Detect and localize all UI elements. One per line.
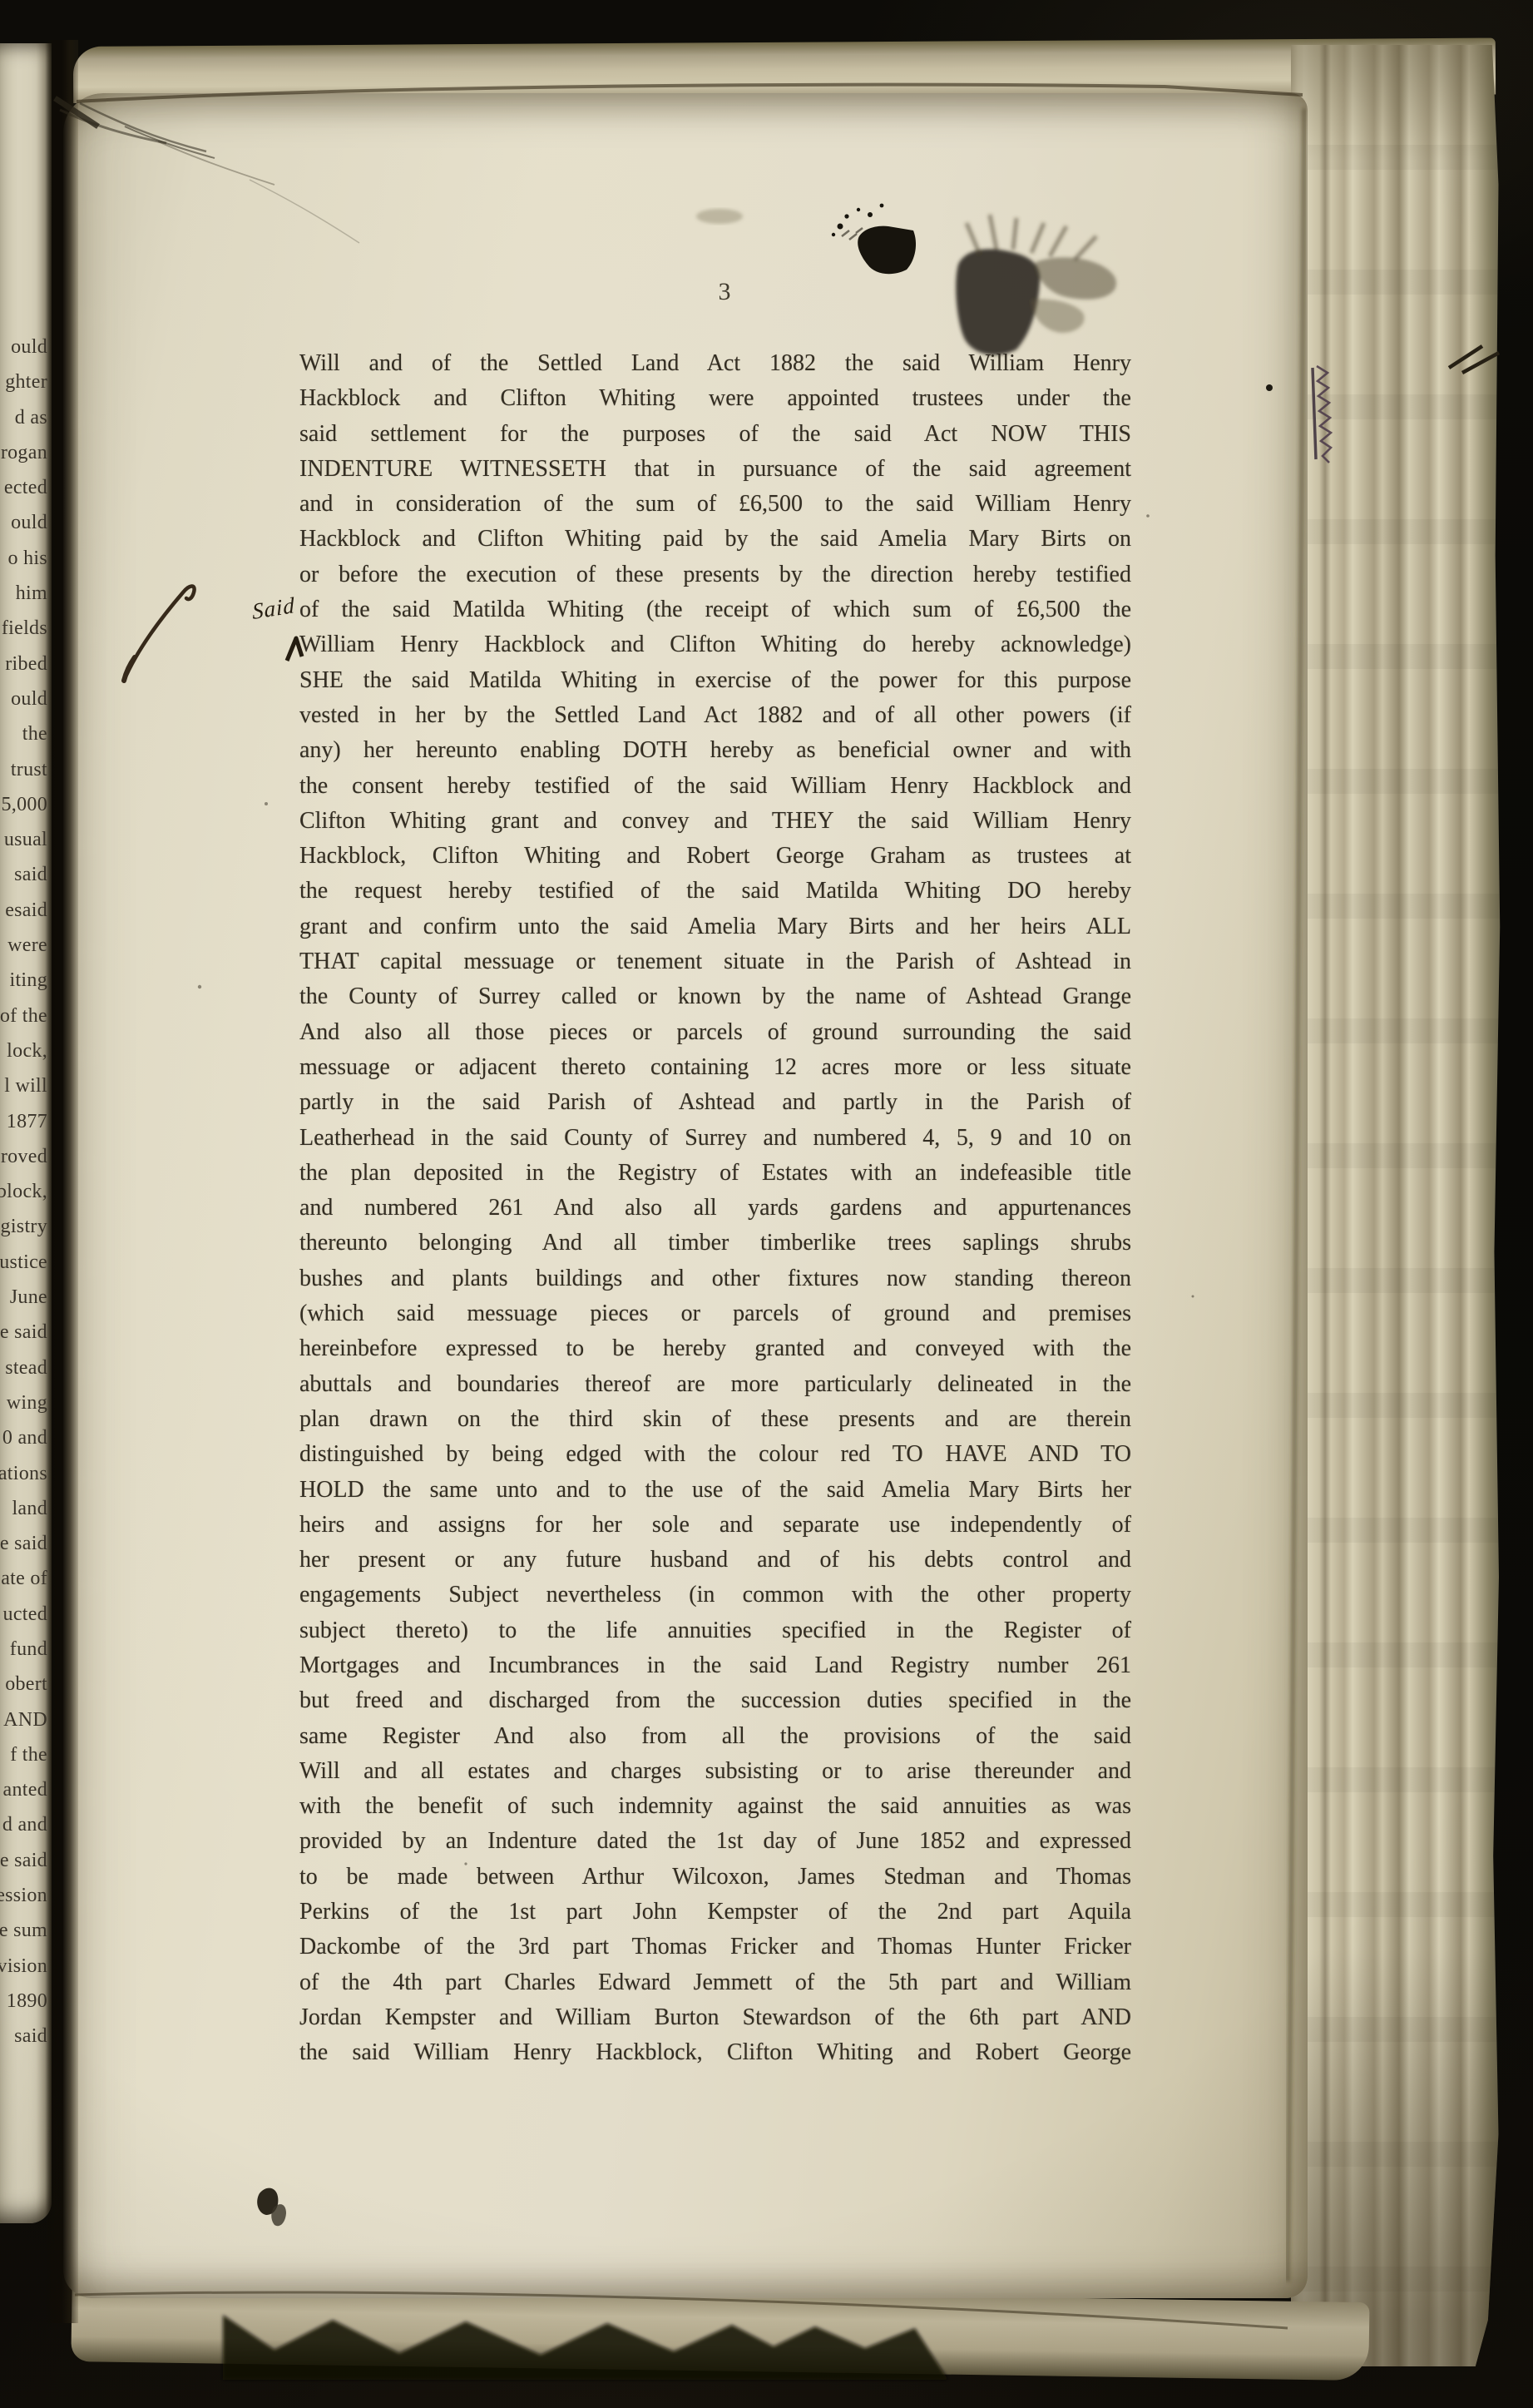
document-text-line: the request hereby testified of the said… <box>299 874 1131 909</box>
adjacent-page-text-fragment: lock, <box>0 1033 47 1068</box>
document-text-line: the consent hereby testified of the said… <box>299 769 1131 804</box>
adjacent-page-text-fragment: usual <box>0 822 47 857</box>
adjacent-page-text-fragment: 0 and <box>0 1420 47 1455</box>
adjacent-page-text-fragment: d and <box>0 1807 47 1842</box>
document-text-line: but freed and discharged from the succes… <box>299 1683 1131 1718</box>
adjacent-page-text-fragment: ould <box>0 329 47 364</box>
document-text-line: Jordan Kempster and William Burton Stewa… <box>299 2000 1131 2035</box>
document-text-line: the plan deposited in the Registry of Es… <box>299 1156 1131 1191</box>
document-text-line: Hackblock and Clifton Whiting were appoi… <box>299 381 1131 416</box>
document-text-line: any) her hereunto enabling DOTH hereby a… <box>299 733 1131 768</box>
document-text-line: Will and all estates and charges subsist… <box>299 1754 1131 1789</box>
adjacent-page-text-fragment: anted <box>0 1772 47 1807</box>
adjacent-page-text-fragment: ould <box>0 681 47 716</box>
document-text-line: THAT capital messuage or tenement situat… <box>299 944 1131 979</box>
adjacent-page-text-fragment: 1890 <box>0 1984 47 2019</box>
adjacent-page-text-fragment: trust <box>0 752 47 787</box>
adjacent-page-text-fragment: e said <box>0 1843 47 1878</box>
adjacent-page-text-fragment: ession <box>0 1878 47 1913</box>
document-text-line: said settlement for the purposes of the … <box>299 417 1131 452</box>
document-text-line: And also all those pieces or parcels of … <box>299 1015 1131 1050</box>
adjacent-page-text-fragment: l will <box>0 1068 47 1103</box>
document-text-line: distinguished by being edged with the co… <box>299 1437 1131 1472</box>
document-text-line: Leatherhead in the said County of Surrey… <box>299 1121 1131 1156</box>
adjacent-page-text-fragment: f the <box>0 1737 47 1772</box>
adjacent-page-text-fragment: stead <box>0 1350 47 1385</box>
document-text-line: heirs and assigns for her sole and separ… <box>299 1508 1131 1543</box>
document-text-line: Will and of the Settled Land Act 1882 th… <box>299 346 1131 381</box>
fore-edge-page-stack <box>1291 45 1501 2366</box>
document-text-line: HOLD the same unto and to the use of the… <box>299 1473 1131 1508</box>
adjacent-page-text-fragment: esaid <box>0 893 47 928</box>
document-text-line: bushes and plants buildings and other fi… <box>299 1261 1131 1296</box>
document-text-line: William Henry Hackblock and Clifton Whit… <box>299 627 1131 662</box>
adjacent-page-text-fragment: ected <box>0 470 47 505</box>
adjacent-page-text-fragment: were <box>0 928 47 963</box>
adjacent-page-text-fragment: iting <box>0 963 47 998</box>
adjacent-page-text-fragment: ould <box>0 505 47 540</box>
adjacent-page-text-fragment: June <box>0 1280 47 1315</box>
adjacent-page-text-fragment: fund <box>0 1632 47 1667</box>
page-number: 3 <box>695 278 754 306</box>
document-text-line: Perkins of the 1st part John Kempster of… <box>299 1895 1131 1930</box>
document-text-block: Will and of the Settled Land Act 1882 th… <box>299 346 1131 2071</box>
document-text-line: same Register And also from all the prov… <box>299 1719 1131 1754</box>
adjacent-page-text-fragment: ribed <box>0 647 47 681</box>
adjacent-page-text-fragment: block, <box>0 1174 47 1209</box>
adjacent-page-edge: ouldghterd asroganectedouldo hishimfield… <box>0 43 52 2223</box>
adjacent-page-text-fragment: ate of <box>0 1561 47 1596</box>
document-text-line: and numbered 261 And also all yards gard… <box>299 1191 1131 1226</box>
adjacent-page-text-fragment: of the <box>0 998 47 1033</box>
adjacent-page-text-fragment: him <box>0 576 47 611</box>
document-text-line: Mortgages and Incumbrances in the said L… <box>299 1648 1131 1683</box>
adjacent-page-text-fragment: said <box>0 2019 47 2054</box>
adjacent-page-text-fragment: wing <box>0 1385 47 1420</box>
adjacent-page-text-fragment: rogan <box>0 435 47 470</box>
adjacent-page-text-fragment: roved <box>0 1139 47 1174</box>
gutter-shadow <box>45 40 78 2323</box>
document-text-line: hereinbefore expressed to be hereby gran… <box>299 1331 1131 1366</box>
document-text-line: of the said Matilda Whiting (the receipt… <box>299 592 1131 627</box>
document-text-line: the said William Henry Hackblock, Clifto… <box>299 2035 1131 2070</box>
adjacent-page-text-fragment: d as <box>0 400 47 435</box>
adjacent-page-text-fragment: ghter <box>0 364 47 399</box>
document-text-line: Dackombe of the 3rd part Thomas Fricker … <box>299 1930 1131 1965</box>
document-text-line: or before the execution of these present… <box>299 557 1131 592</box>
adjacent-page-text-column: ouldghterd asroganectedouldo hishimfield… <box>0 329 47 2054</box>
document-text-line: plan drawn on the third skin of these pr… <box>299 1402 1131 1437</box>
document-text-line: partly in the said Parish of Ashtead and… <box>299 1085 1131 1120</box>
document-text-line: abuttals and boundaries thereof are more… <box>299 1367 1131 1402</box>
adjacent-page-text-fragment: fields <box>0 611 47 646</box>
adjacent-page-text-fragment: o his <box>0 541 47 576</box>
adjacent-page-text-fragment: AND <box>0 1702 47 1737</box>
document-text-line: of the 4th part Charles Edward Jemmett o… <box>299 1965 1131 2000</box>
book-scan: ouldghterd asroganectedouldo hishimfield… <box>0 0 1533 2408</box>
document-text-line: vested in her by the Settled Land Act 18… <box>299 698 1131 733</box>
document-text-line: provided by an Indenture dated the 1st d… <box>299 1824 1131 1859</box>
adjacent-page-text-fragment: the <box>0 716 47 751</box>
adjacent-page-text-fragment: ucted <box>0 1597 47 1632</box>
document-text-line: her present or any future husband and of… <box>299 1543 1131 1578</box>
adjacent-page-text-fragment: ations <box>0 1456 47 1491</box>
document-text-line: Clifton Whiting grant and convey and THE… <box>299 804 1131 839</box>
document-text-line: to be made between Arthur Wilcoxon, Jame… <box>299 1860 1131 1895</box>
document-text-line: the County of Surrey called or known by … <box>299 979 1131 1014</box>
document-text-line: INDENTURE WITNESSETH that in pursuance o… <box>299 452 1131 487</box>
document-text-line: thereunto belonging And all timber timbe… <box>299 1226 1131 1261</box>
adjacent-page-text-fragment: 5,000 <box>0 787 47 822</box>
adjacent-page-text-fragment: vision <box>0 1949 47 1984</box>
adjacent-page-text-fragment: 1877 <box>0 1104 47 1139</box>
document-text-line: SHE the said Matilda Whiting in exercise… <box>299 663 1131 698</box>
adjacent-page-text-fragment: said <box>0 857 47 892</box>
adjacent-page-text-fragment: e said <box>0 1526 47 1561</box>
document-text-line: subject thereto) to the life annuities s… <box>299 1613 1131 1648</box>
document-text-line: engagements Subject nevertheless (in com… <box>299 1578 1131 1613</box>
document-text-line: Hackblock and Clifton Whiting paid by th… <box>299 522 1131 557</box>
document-text-line: and in consideration of the sum of £6,50… <box>299 487 1131 522</box>
document-text-line: messuage or adjacent thereto containing … <box>299 1050 1131 1085</box>
document-text-line: with the benefit of such indemnity again… <box>299 1789 1131 1824</box>
document-text-line: (which said messuage pieces or parcels o… <box>299 1296 1131 1331</box>
document-text-line: Hackblock, Clifton Whiting and Robert Ge… <box>299 839 1131 874</box>
document-text-line: grant and confirm unto the said Amelia M… <box>299 909 1131 944</box>
adjacent-page-text-fragment: e sum <box>0 1913 47 1948</box>
adjacent-page-text-fragment: obert <box>0 1667 47 1702</box>
adjacent-page-text-fragment: gistry <box>0 1209 47 1244</box>
adjacent-page-text-fragment: ustice <box>0 1245 47 1280</box>
adjacent-page-text-fragment: land <box>0 1491 47 1526</box>
adjacent-page-text-fragment: e said <box>0 1315 47 1350</box>
